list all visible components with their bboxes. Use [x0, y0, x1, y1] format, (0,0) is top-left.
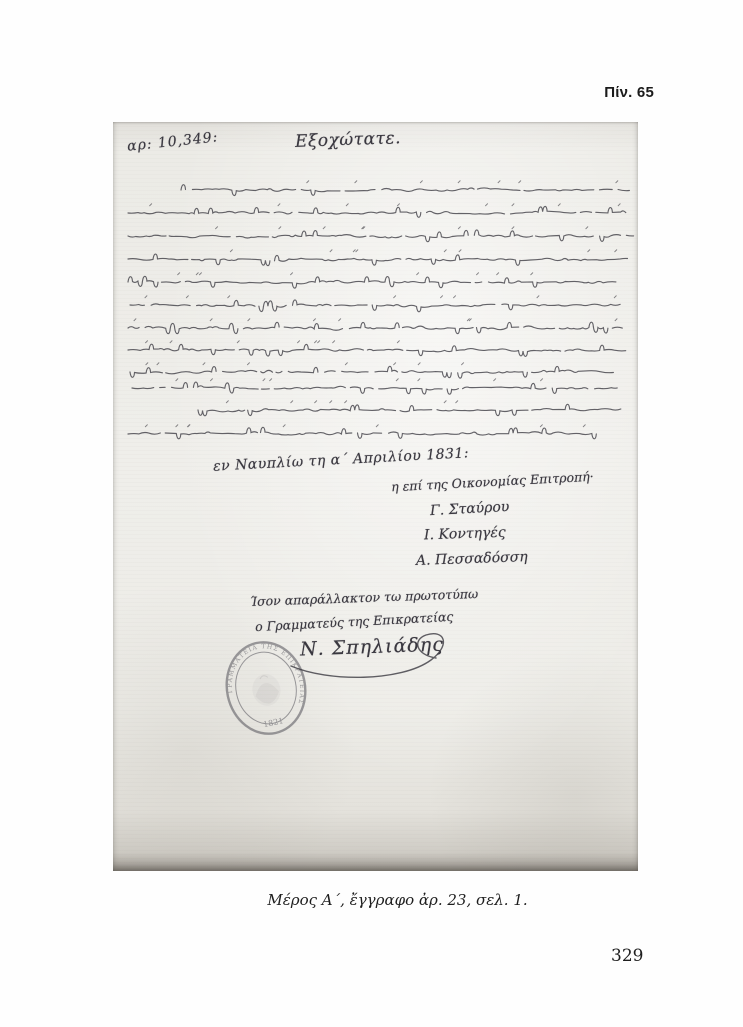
phoenix-emblem	[249, 671, 283, 708]
handwriting-line	[128, 206, 626, 217]
handwriting-line	[132, 382, 617, 394]
diacritic-marks	[230, 250, 617, 253]
handwriting-strokes: ΓΡΑΜΜΑΤΕΙΑ ΤΗΣ ΕΠΙΚΡΑΤΕΙΑΣ 1821	[113, 122, 638, 871]
diacritic-marks	[177, 273, 533, 276]
plate-label: Πίν. 65	[604, 84, 654, 101]
stamp-year: 1821	[262, 716, 284, 729]
book-page: Πίν. 65 ΓΡΑΜΜΑΤΕΙΑ ΤΗΣ ΕΠΙΚΡΑΤΕΙΑΣ 1821	[0, 0, 743, 1027]
diacritic-marks	[149, 204, 620, 207]
diacritic-marks	[145, 296, 617, 299]
salutation: Εξοχώτατε.	[295, 128, 402, 152]
handwriting-line	[128, 254, 628, 266]
document-scan-photo: ΓΡΑΜΜΑΤΕΙΑ ΤΗΣ ΕΠΙΚΡΑΤΕΙΑΣ 1821 αρ: 10,3…	[113, 122, 638, 871]
handwriting-line	[128, 427, 596, 439]
diacritic-marks	[134, 319, 618, 322]
handwriting-line	[128, 230, 634, 242]
handwriting-line	[198, 404, 624, 416]
diacritic-marks	[307, 181, 619, 184]
diacritic-marks	[215, 227, 588, 230]
page-number: 329	[611, 946, 643, 966]
diacritic-marks	[226, 401, 458, 404]
handwriting-line	[128, 344, 626, 356]
handwriting-line	[128, 276, 620, 288]
handwriting-line	[130, 300, 625, 312]
handwriting-line	[128, 322, 622, 333]
diacritic-marks	[145, 425, 585, 428]
handwriting-line	[181, 185, 629, 196]
diacritic-marks	[145, 341, 399, 344]
diacritic-marks	[176, 379, 543, 382]
diacritic-marks	[146, 363, 464, 366]
signature-2: Ι. Κοντηγές	[424, 525, 506, 544]
handwriting-line	[130, 366, 619, 378]
figure-caption: Μέρος Α΄, ἔγγραφο ἀρ. 23, σελ. 1.	[113, 891, 660, 909]
